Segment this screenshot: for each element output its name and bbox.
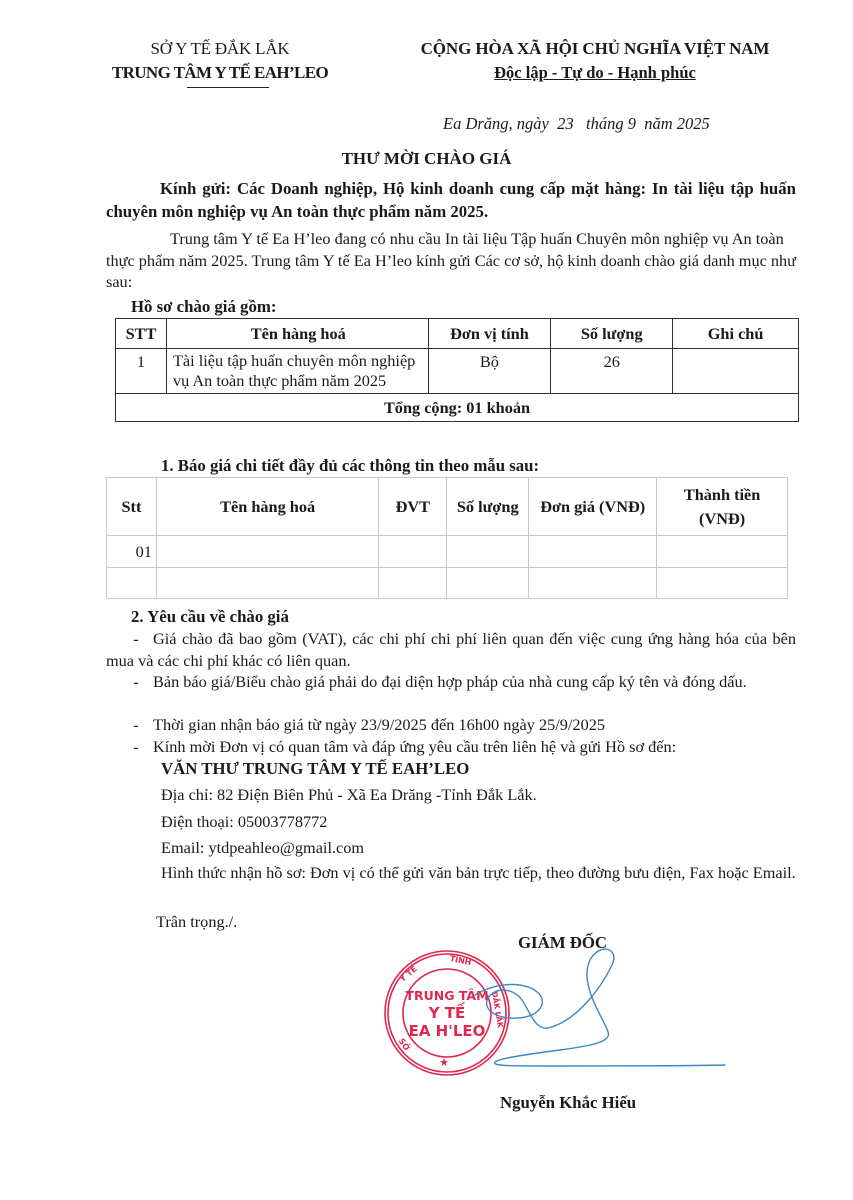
cell-item-name [156, 568, 378, 599]
place-date: Ea Drăng, ngày 23 tháng 9 năm 2025 [443, 113, 710, 134]
table-header-row: STT Tên hàng hoá Đơn vị tính Số lượng Gh… [116, 319, 799, 349]
document-title: THƯ MỜI CHÀO GIÁ [0, 148, 853, 170]
requirement-text: Thời gian nhận báo giá từ ngày 23/9/2025… [153, 715, 605, 734]
signature-icon [440, 940, 730, 1075]
cell-quantity: 26 [551, 349, 673, 394]
intro-paragraph: Trung tâm Y tế Ea H’leo đang có nhu cầu … [106, 228, 796, 293]
cell-amount [657, 568, 788, 599]
cell-note [673, 349, 799, 394]
national-motto: Độc lập - Tự do - Hạnh phúc [365, 62, 825, 83]
column-header: Stt [107, 478, 157, 536]
quote-form-table: Stt Tên hàng hoá ĐVT Số lượng Đơn giá (V… [106, 477, 788, 599]
requirement-item: -Giá chào đã bao gồm (VAT), các chi phí … [106, 628, 796, 671]
requirements-heading: 2. Yêu cầu về chào giá [131, 606, 289, 628]
cell-item-name [156, 536, 378, 568]
column-header: ĐVT [379, 478, 447, 536]
requirement-text: Giá chào đã bao gồm (VAT), các chi phí c… [106, 629, 796, 670]
table-total-row: Tổng cộng: 01 khoản [116, 394, 799, 422]
requirement-item: -Bản báo giá/Biểu chào giá phải do đại d… [106, 671, 796, 693]
cell-unit [379, 536, 447, 568]
table-row: 01 [107, 536, 788, 568]
column-header: Thành tiền (VNĐ) [657, 478, 788, 536]
nation-name: CỘNG HÒA XÃ HỘI CHỦ NGHĨA VIỆT NAM [365, 38, 825, 60]
contact-address: Địa chỉ: 82 Điện Biên Phủ - Xã Ea Drăng … [161, 784, 537, 805]
cell-quantity [447, 536, 529, 568]
table-row [107, 568, 788, 599]
column-header: Số lượng [551, 319, 673, 349]
bullet-dash: - [119, 628, 153, 650]
column-header: Tên hàng hoá [156, 478, 378, 536]
requirement-item: -Kính mời Đơn vị có quan tâm và đáp ứng … [106, 736, 796, 758]
requirement-text: Kính mời Đơn vị có quan tâm và đáp ứng y… [153, 737, 676, 756]
issuing-agency: SỞ Y TẾ ĐẮK LẮK TRUNG TÂM Y TẾ EAH’LEO [95, 38, 345, 88]
table-header-row: Stt Tên hàng hoá ĐVT Số lượng Đơn giá (V… [107, 478, 788, 536]
dossier-table: STT Tên hàng hoá Đơn vị tính Số lượng Gh… [115, 318, 799, 422]
cell-unit [379, 568, 447, 599]
bullet-dash: - [119, 736, 153, 758]
cell-unit-price [529, 536, 657, 568]
cell-stt: 01 [107, 536, 157, 568]
requirement-text: Bản báo giá/Biểu chào giá phải do đại di… [153, 672, 747, 691]
requirement-item: -Thời gian nhận báo giá từ ngày 23/9/202… [106, 714, 796, 736]
column-header: STT [116, 319, 167, 349]
column-header: Ghi chú [673, 319, 799, 349]
cell-stt [107, 568, 157, 599]
dossier-label: Hồ sơ chào giá gồm: [131, 296, 276, 318]
cell-amount [657, 536, 788, 568]
cell-item-name: Tài liệu tập huấn chuyên môn nghiệp vụ A… [166, 349, 428, 394]
organization-name: TRUNG TÂM Y TẾ EAH’LEO [95, 62, 345, 84]
column-header: Đơn vị tính [428, 319, 551, 349]
column-header: Số lượng [447, 478, 529, 536]
total-count: Tổng cộng: 01 khoản [116, 394, 799, 422]
cell-unit: Bộ [428, 349, 551, 394]
submission-method: Hình thức nhận hồ sơ: Đơn vị có thể gửi … [106, 862, 796, 884]
ministry-name: SỞ Y TẾ ĐẮK LẮK [95, 38, 345, 60]
cell-unit-price [529, 568, 657, 599]
bullet-dash: - [119, 671, 153, 693]
column-header: Tên hàng hoá [166, 319, 428, 349]
national-heading: CỘNG HÒA XÃ HỘI CHỦ NGHĨA VIỆT NAM Độc l… [365, 38, 825, 84]
cell-quantity [447, 568, 529, 599]
cell-stt: 1 [116, 349, 167, 394]
contact-email: Email: ytdpeahleo@gmail.com [161, 837, 364, 858]
column-header: Đơn giá (VNĐ) [529, 478, 657, 536]
bullet-dash: - [119, 714, 153, 736]
table-row: 1 Tài liệu tập huấn chuyên môn nghiệp vụ… [116, 349, 799, 394]
contact-phone: Điện thoại: 05003778772 [161, 811, 327, 832]
quote-form-heading: 1. Báo giá chi tiết đầy đủ các thông tin… [161, 455, 539, 477]
salutation: Kính gửi: Các Doanh nghiệp, Hộ kinh doan… [106, 177, 796, 223]
closing-regards: Trân trọng./. [156, 911, 237, 932]
recipient-name: VĂN THƯ TRUNG TÂM Y TẾ EAH’LEO [161, 758, 469, 780]
header-rule [187, 87, 269, 88]
signer-name: Nguyễn Khắc Hiếu [500, 1092, 636, 1114]
